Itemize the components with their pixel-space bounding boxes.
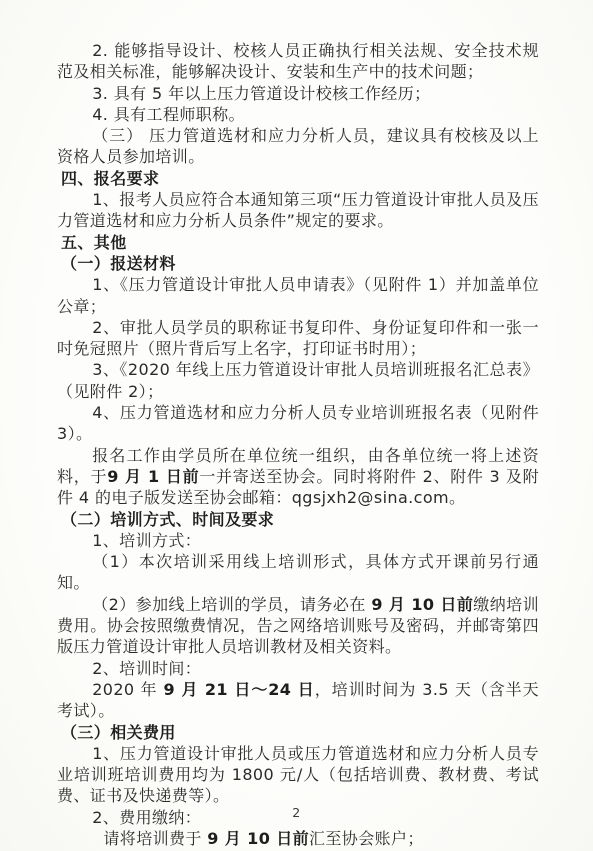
document-body: 2. 能够指导设计、校核人员正确执行相关法规、安全技术规范及相关标准，能够解决设… xyxy=(57,40,539,849)
paragraph: （2）参加线上培训的学员，请务必在 9 月 10 日前缴纳培训费用。协会按照缴费… xyxy=(57,594,539,658)
section-heading: 四、报名要求 xyxy=(57,168,539,189)
text-segment: 2、审批人员学员的职称证书复印件、身份证复印件和一张一吋免冠照片（照片背后写上名… xyxy=(57,318,539,358)
text-segment: 请将培训费于 xyxy=(103,829,207,848)
text-segment: 1、压力管道设计审批人员或压力管道选材和应力分析人员专业培训班培训费用均为 18… xyxy=(57,744,539,806)
text-segment: 汇至协会账户； xyxy=(309,829,424,848)
section-heading: （三）相关费用 xyxy=(57,722,539,743)
text-segment: 4、压力管道选材和应力分析人员专业培训班报名表（见附件 3）。 xyxy=(57,403,539,443)
paragraph: 2、培训时间： xyxy=(57,658,539,679)
section-heading: （二）培训方式、时间及要求 xyxy=(57,509,539,530)
paragraph: 1、培训方式： xyxy=(57,530,539,551)
text-segment: 4. 具有工程师职称。 xyxy=(92,105,245,124)
paragraph: 3. 具有 5 年以上压力管道设计校核工作经历； xyxy=(57,83,539,104)
text-segment: 2020 年 xyxy=(92,680,163,699)
text-segment: 3、《2020 年线上压力管道设计审批人员培训班报名汇总表》（见附件 2）； xyxy=(57,360,539,400)
emphasis-text: 9 月 10 日前 xyxy=(371,595,473,614)
document-page: 2. 能够指导设计、校核人员正确执行相关法规、安全技术规范及相关标准，能够解决设… xyxy=(0,0,593,851)
text-segment: （2）参加线上培训的学员，请务必在 xyxy=(92,595,371,614)
text-segment: 1、培训方式： xyxy=(92,531,201,550)
paragraph: 3、《2020 年线上压力管道设计审批人员培训班报名汇总表》（见附件 2）； xyxy=(57,359,539,402)
paragraph: 2020 年 9 月 21 日～24 日，培训时间为 3.5 天（含半天考试）。 xyxy=(57,679,539,722)
paragraph: 2. 能够指导设计、校核人员正确执行相关法规、安全技术规范及相关标准，能够解决设… xyxy=(57,40,539,83)
paragraph: 4. 具有工程师职称。 xyxy=(57,104,539,125)
section-heading: 五、其他 xyxy=(57,232,539,253)
paragraph: 2、审批人员学员的职称证书复印件、身份证复印件和一张一吋免冠照片（照片背后写上名… xyxy=(57,317,539,360)
paragraph: 报名工作由学员所在单位统一组织，由各单位统一将上述资料，于9 月 1 日前一并寄… xyxy=(57,445,539,509)
paragraph: 1、《压力管道设计审批人员申请表》（见附件 1）并加盖单位公章； xyxy=(57,274,539,317)
text-segment: （三） 压力管道选材和应力分析人员，建议具有校核及以上资格人员参加培训。 xyxy=(57,126,539,166)
paragraph: 4、压力管道选材和应力分析人员专业培训班报名表（见附件 3）。 xyxy=(57,402,539,445)
text-segment: 1、《压力管道设计审批人员申请表》（见附件 1）并加盖单位公章； xyxy=(57,275,539,315)
section-heading: （一）报送材料 xyxy=(57,253,539,274)
text-segment: （1）本次培训采用线上培训形式，具体方式开课前另行通知。 xyxy=(57,552,539,592)
emphasis-text: （二）培训方式、时间及要求 xyxy=(61,510,274,529)
paragraph: 请将培训费于 9 月 10 日前汇至协会账户； xyxy=(57,828,539,849)
emphasis-text: （一）报送材料 xyxy=(61,254,176,273)
emphasis-text: 9 月 1 日前 xyxy=(107,467,199,486)
paragraph: （1）本次培训采用线上培训形式，具体方式开课前另行通知。 xyxy=(57,551,539,594)
emphasis-text: 9 月 10 日前 xyxy=(207,829,309,848)
text-segment: 2. 能够指导设计、校核人员正确执行相关法规、安全技术规范及相关标准，能够解决设… xyxy=(57,41,539,81)
emphasis-text: 四、报名要求 xyxy=(61,169,159,188)
paragraph: （三） 压力管道选材和应力分析人员，建议具有校核及以上资格人员参加培训。 xyxy=(57,125,539,168)
emphasis-text: （三）相关费用 xyxy=(61,723,176,742)
paragraph: 1、报考人员应符合本通知第三项“压力管道设计审批人员及压力管道选材和应力分析人员… xyxy=(57,189,539,232)
text-segment: 3. 具有 5 年以上压力管道设计校核工作经历； xyxy=(92,84,430,103)
emphasis-text: 9 月 21 日～24 日 xyxy=(163,680,314,699)
paragraph: 1、压力管道设计审批人员或压力管道选材和应力分析人员专业培训班培训费用均为 18… xyxy=(57,743,539,807)
page-number: 2 xyxy=(0,805,593,820)
text-segment: 1、报考人员应符合本通知第三项“压力管道设计审批人员及压力管道选材和应力分析人员… xyxy=(57,190,539,230)
text-segment: 2、培训时间： xyxy=(92,659,201,678)
emphasis-text: 五、其他 xyxy=(61,233,127,252)
